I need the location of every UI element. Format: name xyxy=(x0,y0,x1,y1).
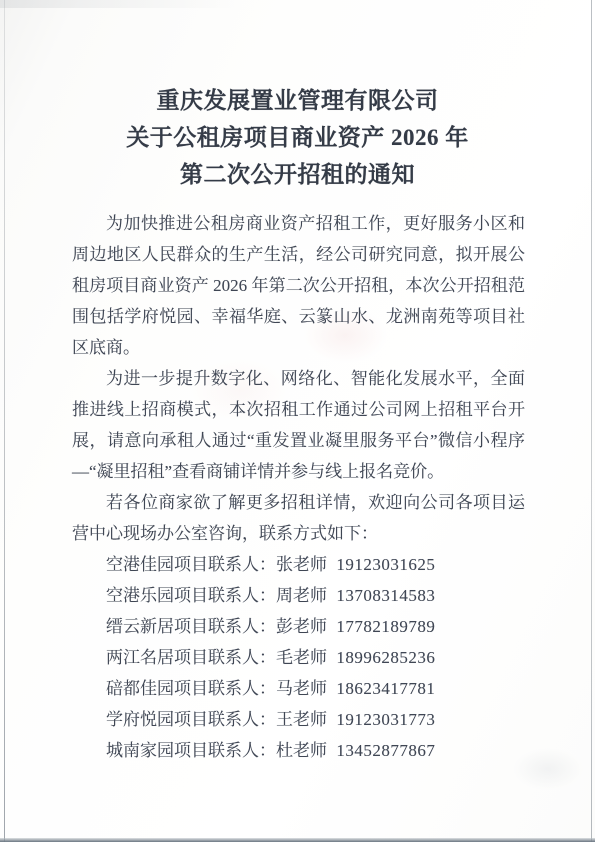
scanned-notice-page: 重庆发展置业管理有限公司 关于公租房项目商业资产 2026 年 第二次公开招租的… xyxy=(0,0,595,842)
contact-label: 两江名居项目联系人： xyxy=(106,648,276,667)
scan-bottom-edge-strip xyxy=(0,838,595,842)
contact-phone: 17782189789 xyxy=(336,617,435,636)
contact-phone: 13708314583 xyxy=(336,586,435,605)
contact-label: 学府悦园项目联系人： xyxy=(106,710,276,729)
contact-label: 碚都佳园项目联系人： xyxy=(106,679,276,698)
scan-left-edge-line xyxy=(4,0,5,842)
contact-name: 周老师 xyxy=(276,586,327,605)
contact-label: 缙云新居项目联系人： xyxy=(106,617,276,636)
title-line-3: 第二次公开招租的通知 xyxy=(0,156,595,193)
contact-row: 空港乐园项目联系人：周老师13708314583 xyxy=(72,580,525,611)
contact-name: 毛老师 xyxy=(276,648,327,667)
contact-name: 马老师 xyxy=(276,679,327,698)
contact-phone: 18623417781 xyxy=(336,679,435,698)
contact-name: 王老师 xyxy=(276,710,327,729)
contact-list: 空港佳园项目联系人：张老师19123031625 空港乐园项目联系人：周老师13… xyxy=(72,549,525,766)
title-line-2: 关于公租房项目商业资产 2026 年 xyxy=(0,119,595,156)
contact-label: 城南家园项目联系人： xyxy=(106,741,276,760)
contact-row: 碚都佳园项目联系人：马老师18623417781 xyxy=(72,673,525,704)
contact-name: 杜老师 xyxy=(276,741,327,760)
contact-row: 缙云新居项目联系人：彭老师17782189789 xyxy=(72,611,525,642)
contact-phone: 19123031625 xyxy=(336,555,435,574)
scan-right-edge-line xyxy=(591,0,592,842)
paragraph-scope: 为加快推进公租房商业资产招租工作，更好服务小区和周边地区人民群众的生产生活，经公… xyxy=(72,208,525,363)
contact-name: 彭老师 xyxy=(276,617,327,636)
contact-row: 学府悦园项目联系人：王老师19123031773 xyxy=(72,704,525,735)
contact-label: 空港佳园项目联系人： xyxy=(106,555,276,574)
paragraph-online-platform: 为进一步提升数字化、网络化、智能化发展水平，全面推进线上招商模式，本次招租工作通… xyxy=(72,363,525,487)
contact-phone: 13452877867 xyxy=(336,741,435,760)
scan-top-shade xyxy=(0,0,595,8)
contact-label: 空港乐园项目联系人： xyxy=(106,586,276,605)
title-line-1: 重庆发展置业管理有限公司 xyxy=(0,82,595,119)
contact-row: 两江名居项目联系人：毛老师18996285236 xyxy=(72,642,525,673)
document-title: 重庆发展置业管理有限公司 关于公租房项目商业资产 2026 年 第二次公开招租的… xyxy=(0,0,595,193)
contact-row: 空港佳园项目联系人：张老师19123031625 xyxy=(72,549,525,580)
paragraph-contact-intro: 若各位商家欲了解更多招租详情，欢迎向公司各项目运营中心现场办公室咨询，联系方式如… xyxy=(72,487,525,549)
contact-phone: 19123031773 xyxy=(336,710,435,729)
contact-phone: 18996285236 xyxy=(336,648,435,667)
contact-name: 张老师 xyxy=(276,555,327,574)
document-body: 为加快推进公租房商业资产招租工作，更好服务小区和周边地区人民群众的生产生活，经公… xyxy=(72,208,525,766)
contact-row: 城南家园项目联系人：杜老师13452877867 xyxy=(72,735,525,766)
